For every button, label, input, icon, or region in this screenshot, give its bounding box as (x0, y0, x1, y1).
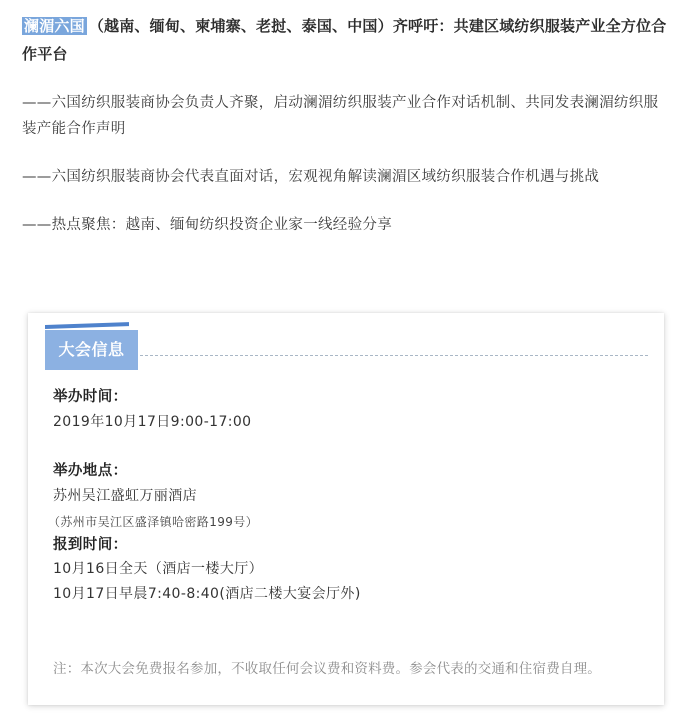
headline-text: （越南、缅甸、柬埔寨、老挝、泰国、中国）齐呼吁：共建区域纺织服装产业全方位合作平… (22, 17, 666, 63)
registration-line-2: 10月17日早晨7:40-8:40(酒店二楼大宴会厅外) (53, 583, 361, 603)
badge-stripe-decoration (45, 322, 129, 329)
bullet-point-1: ——六国纺织服装商协会负责人齐聚，启动澜湄纺织服装产业合作对话机制、共同发表澜湄… (22, 90, 672, 142)
venue-label: 举办地点： (53, 459, 128, 480)
fee-note: 注：本次大会免费报名参加，不收取任何会议费和资料费。参会代表的交通和住宿费自理。 (53, 657, 601, 677)
bullet-point-3: ——热点聚焦：越南、缅甸纺织投资企业家一线经验分享 (22, 212, 392, 238)
venue-address: （苏州市吴江区盛泽镇哈密路199号） (48, 513, 258, 530)
headline-highlight: 澜湄六国 (22, 17, 87, 35)
conference-info-card: 大会信息 举办时间： 2019年10月17日9:00-17:00 举办地点： 苏… (28, 313, 664, 705)
time-label: 举办时间： (53, 385, 128, 406)
registration-line-1: 10月16日全天（酒店一楼大厅） (53, 558, 263, 578)
article: 澜湄六国（越南、缅甸、柬埔寨、老挝、泰国、中国）齐呼吁：共建区域纺织服装产业全方… (22, 12, 672, 68)
bullet-point-2: ——六国纺织服装商协会代表直面对话，宏观视角解读澜湄区域纺织服装合作机遇与挑战 (22, 164, 599, 190)
section-badge-label: 大会信息 (45, 330, 138, 370)
venue-value: 苏州吴江盛虹万丽酒店 (53, 485, 197, 505)
section-badge: 大会信息 (45, 330, 138, 370)
time-value: 2019年10月17日9:00-17:00 (53, 411, 252, 431)
registration-label: 报到时间： (53, 533, 128, 554)
headline: 澜湄六国（越南、缅甸、柬埔寨、老挝、泰国、中国）齐呼吁：共建区域纺织服装产业全方… (22, 12, 672, 68)
dashed-divider (140, 355, 648, 356)
